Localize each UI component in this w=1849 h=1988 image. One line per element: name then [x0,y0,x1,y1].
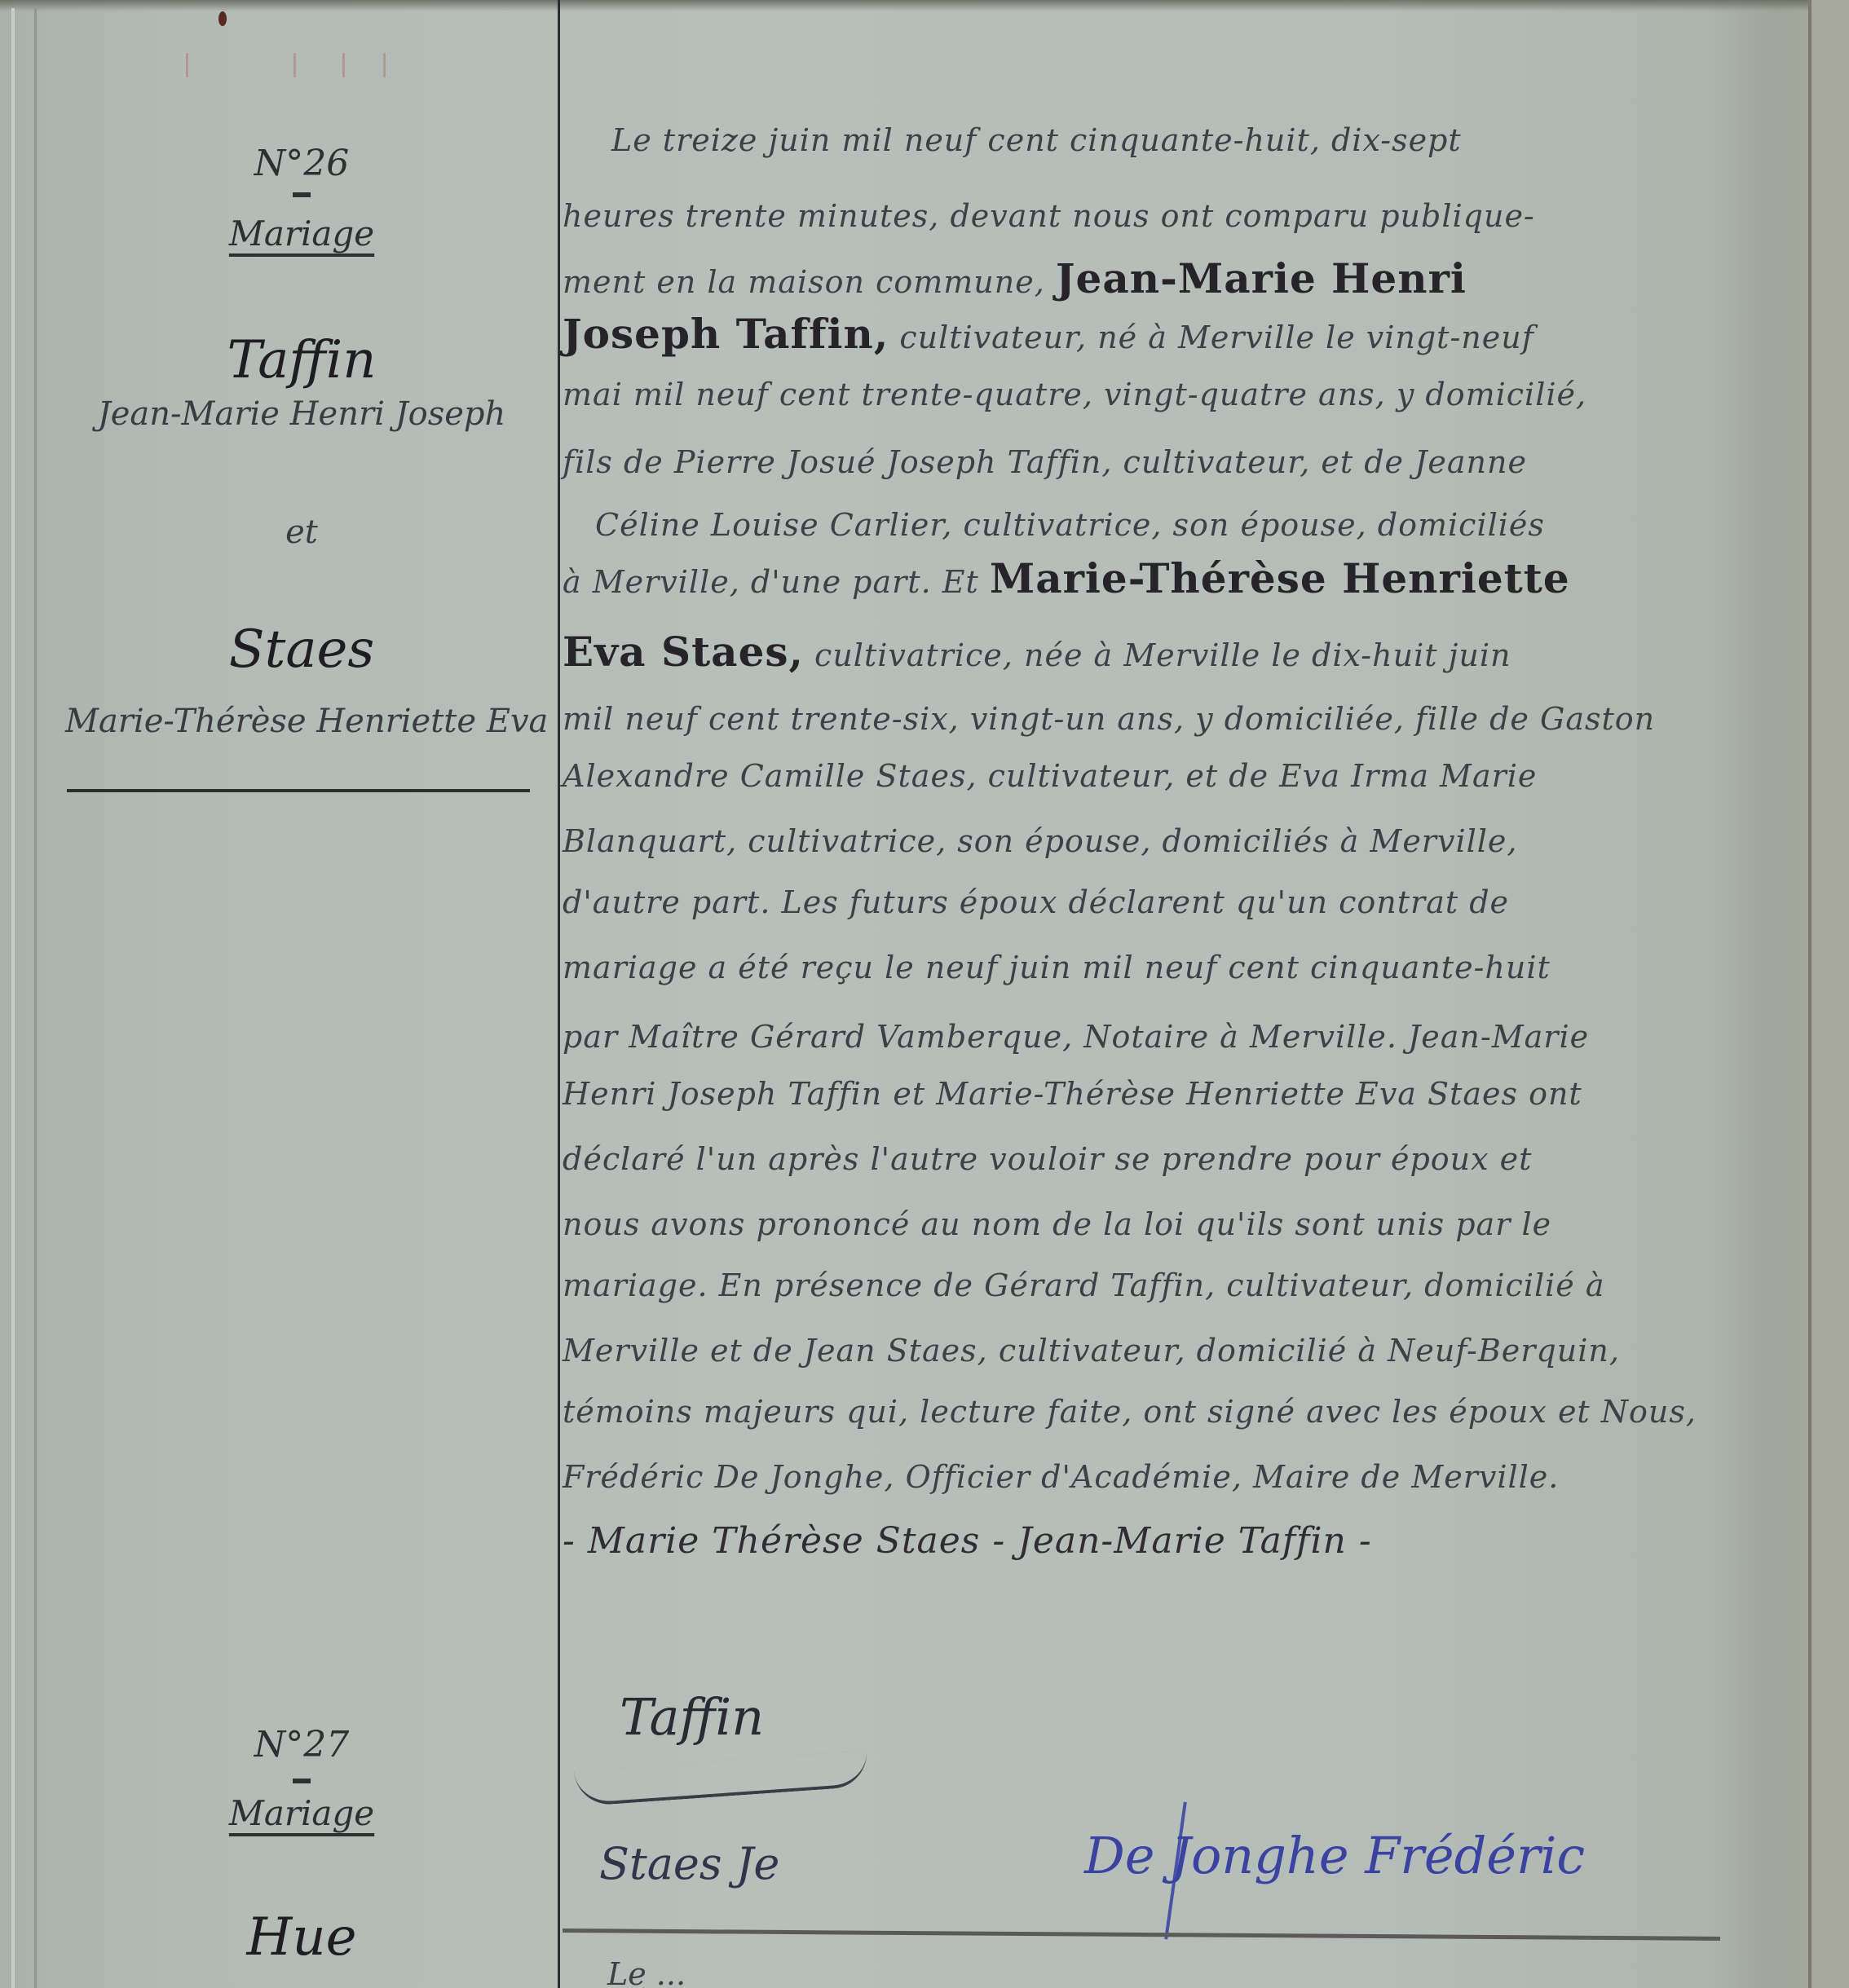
groom-given-names: Jean-Marie Henri Joseph [49,395,554,433]
entry-type: Mariage [49,1793,554,1833]
act-line-6: fils de Pierre Josué Joseph Taffin, cult… [563,444,1720,480]
conjunction: et [49,514,554,551]
margin-entry-separator [67,789,530,792]
groom-name-part1: Jean-Marie Henri [1056,254,1467,302]
act-line-20: Merville et de Jean Staes, cultivateur, … [563,1333,1720,1369]
adjacent-page-strip [1811,0,1849,1988]
margin-ruling-line [34,8,37,1988]
entry-separator-line [563,1928,1720,1941]
entry-number-dash [49,192,554,197]
act-line-8-text: à Merville, d'une part. Et [563,564,979,600]
act-line-2: heures trente minutes, devant nous ont c… [563,198,1720,234]
act-line-4-text: cultivateur, né à Merville le vingt-neuf [899,320,1533,355]
faint-red-marks [179,53,391,86]
bride-surname: Staes [49,619,554,680]
bride-name-part1: Marie-Thérèse Henriette [990,554,1570,602]
act-line-23-signature-copy: - Marie Thérèse Staes - Jean-Marie Taffi… [563,1520,1720,1562]
entry-number-dash [49,1779,554,1783]
groom-surname: Hue [49,1907,554,1968]
groom-signature: Taffin [620,1687,764,1747]
entry-number: N°27 [49,1724,554,1765]
act-line-19: mariage. En présence de Gérard Taffin, c… [563,1267,1720,1303]
bride-given-names: Marie-Thérèse Henriette Eva [65,703,571,740]
column-divider-line [558,0,560,1988]
act-line-5: mai mil neuf cent trente-quatre, vingt-q… [563,377,1720,412]
act-line-13: d'autre part. Les futurs époux déclarent… [563,884,1720,920]
ink-blot [218,11,227,26]
mayor-signature: De Jonghe Frédéric [1084,1826,1585,1885]
act-line-22: Frédéric De Jonghe, Officier d'Académie,… [563,1459,1720,1495]
page-left-edge [11,8,15,1988]
act-line-15: par Maître Gérard Vamberque, Notaire à M… [563,1019,1720,1055]
bride-signature: Staes Je [599,1838,779,1889]
act-line-18: nous avons prononcé au nom de la loi qu'… [563,1206,1720,1242]
groom-surname: Taffin [49,330,554,390]
groom-name-part2: Joseph Taffin, [563,310,889,358]
act-line-21: témoins majeurs qui, lecture faite, ont … [563,1394,1720,1430]
act-line-17: déclaré l'un après l'autre vouloir se pr… [563,1141,1720,1177]
entry-type: Mariage [49,214,554,253]
bride-name-part2: Eva Staes, [563,628,804,676]
act-line-3-text: ment en la maison commune, [563,264,1045,300]
act-line-9-text: cultivatrice, née à Merville le dix-huit… [814,637,1511,673]
act-line-12: Blanquart, cultivatrice, son épouse, dom… [563,823,1720,859]
act-line-14: mariage a été reçu le neuf juin mil neuf… [563,950,1720,985]
act-line-3: ment en la maison commune, Jean-Marie He… [563,254,1720,302]
act-line-11: Alexandre Camille Staes, cultivateur, et… [563,758,1720,794]
act-line-7: Céline Louise Carlier, cultivatrice, son… [595,507,1753,543]
act-line-4: Joseph Taffin, cultivateur, né à Mervill… [563,310,1720,358]
act-line-9: Eva Staes, cultivatrice, née à Merville … [563,628,1720,676]
entry-number: N°26 [49,143,554,184]
register-page: N°26 Mariage Taffin Jean-Marie Henri Jos… [0,0,1849,1988]
act-line-8: à Merville, d'une part. Et Marie-Thérèse… [563,554,1720,602]
next-entry-fragment: Le ... [607,1956,686,1988]
page-top-shadow [0,0,1849,11]
signature-flourish [574,1750,869,1806]
act-line-16: Henri Joseph Taffin et Marie-Thérèse Hen… [563,1076,1720,1112]
act-line-10: mil neuf cent trente-six, vingt-un ans, … [563,701,1720,737]
act-line-1: Le treize juin mil neuf cent cinquante-h… [611,122,1769,158]
